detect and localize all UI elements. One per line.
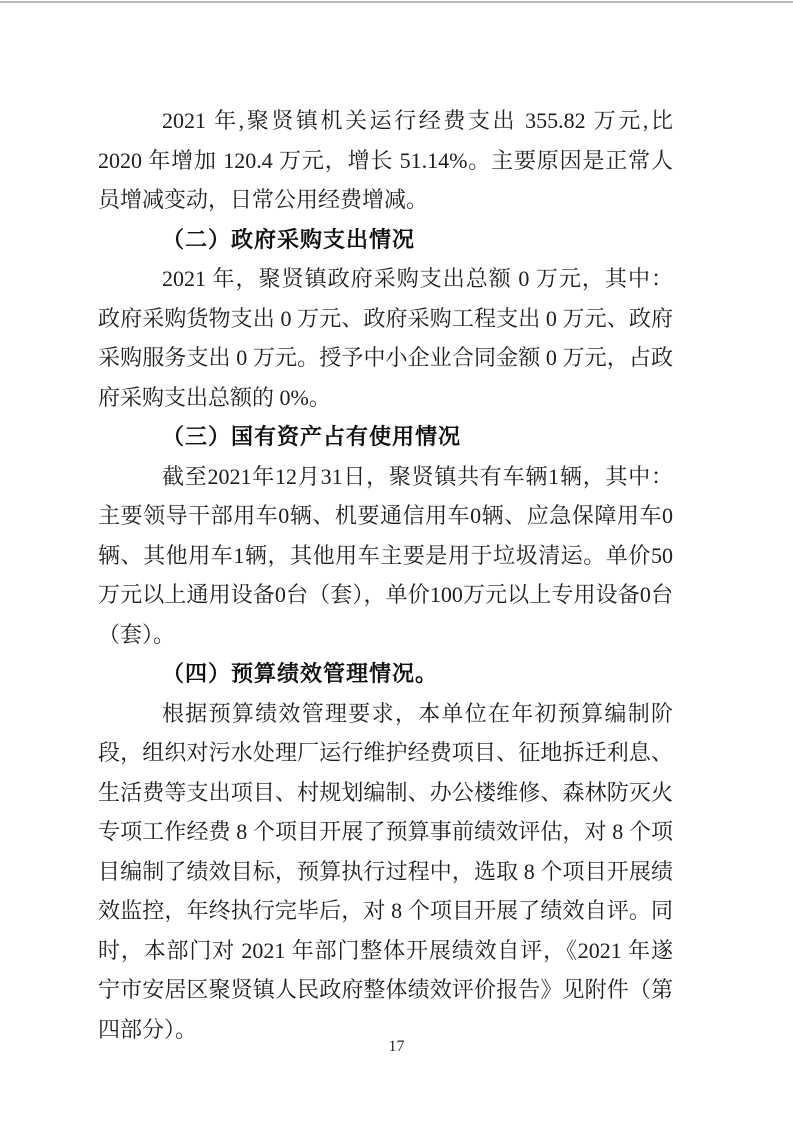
- scan-artifact-line: [0, 1, 793, 3]
- paragraph-government-procurement: 2021 年，聚贤镇政府采购支出总额 0 万元，其中：政府采购货物支出 0 万元…: [98, 259, 673, 417]
- document-content: 2021 年,聚贤镇机关运行经费支出 355.82 万元,比 2020 年增加 …: [98, 101, 673, 1049]
- document-page: 2021 年,聚贤镇机关运行经费支出 355.82 万元,比 2020 年增加 …: [0, 0, 793, 1122]
- paragraph-budget-performance-management: 根据预算绩效管理要求，本单位在年初预算编制阶段，组织对污水处理厂运行维护经费项目…: [98, 694, 673, 1050]
- heading-budget-performance-management: （四）预算绩效管理情况。: [98, 654, 673, 694]
- heading-government-procurement: （二）政府采购支出情况: [98, 220, 673, 260]
- page-number: 17: [0, 1038, 793, 1056]
- paragraph-state-owned-assets: 截至2021年12月31日，聚贤镇共有车辆1辆，其中：主要领导干部用车0辆、机要…: [98, 457, 673, 655]
- paragraph-agency-operating-expenses: 2021 年,聚贤镇机关运行经费支出 355.82 万元,比 2020 年增加 …: [98, 101, 673, 220]
- heading-state-owned-assets: （三）国有资产占有使用情况: [98, 417, 673, 457]
